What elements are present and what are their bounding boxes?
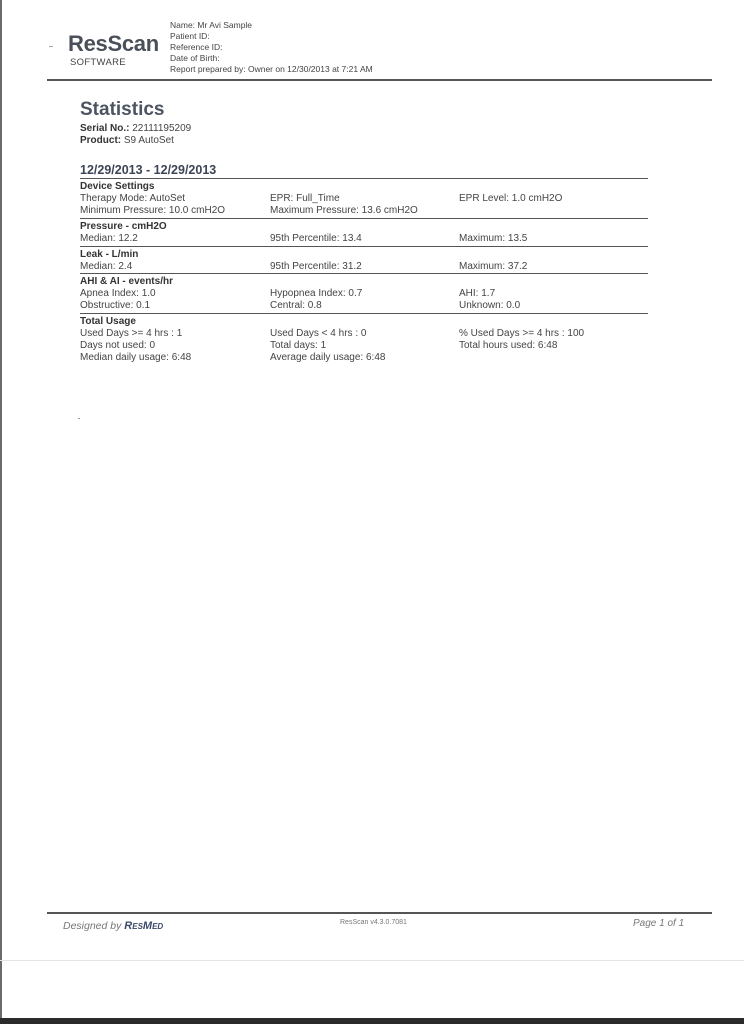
designed-by-label: Designed by bbox=[63, 920, 121, 932]
therapy-mode: Therapy Mode: AutoSet bbox=[80, 193, 270, 205]
days-not-used: Days not used: 0 bbox=[80, 340, 270, 352]
section-head: Leak - L/min bbox=[80, 249, 648, 261]
serial-value: 22111195209 bbox=[132, 123, 191, 134]
leak-max: Maximum: 37.2 bbox=[459, 261, 648, 273]
section-head: Pressure - cmH2O bbox=[80, 221, 648, 233]
serial-label: Serial No.: bbox=[80, 123, 129, 134]
patient-info: Name: Mr Avi Sample Patient ID: Referenc… bbox=[170, 20, 373, 75]
section-head: Device Settings bbox=[80, 181, 648, 193]
section-head: AHI & AI - events/hr bbox=[80, 276, 648, 288]
resmed-logo: ResMed bbox=[124, 920, 163, 932]
product-value: S9 AutoSet bbox=[124, 135, 174, 146]
max-pressure: Maximum Pressure: 13.6 cmH2O bbox=[270, 205, 459, 217]
used-days-lt-4: Used Days < 4 hrs : 0 bbox=[270, 328, 459, 340]
patient-id: Patient ID: bbox=[170, 31, 373, 42]
product-label: Product: bbox=[80, 135, 121, 146]
stat-row: Median daily usage: 6:48 Average daily u… bbox=[80, 352, 648, 364]
hypopnea-index: Hypopnea Index: 0.7 bbox=[270, 288, 459, 300]
leak-median: Median: 2.4 bbox=[80, 261, 270, 273]
ahi-value: AHI: 1.7 bbox=[459, 288, 648, 300]
min-pressure: Minimum Pressure: 10.0 cmH2O bbox=[80, 205, 270, 217]
section-divider bbox=[80, 273, 648, 274]
stat-row: Apnea Index: 1.0 Hypopnea Index: 0.7 AHI… bbox=[80, 288, 648, 300]
section-divider bbox=[80, 218, 648, 219]
section-device-settings: Device Settings Therapy Mode: AutoSet EP… bbox=[80, 181, 648, 217]
median-daily-usage: Median daily usage: 6:48 bbox=[80, 352, 270, 364]
stat-row: Used Days >= 4 hrs : 1 Used Days < 4 hrs… bbox=[80, 328, 648, 340]
total-days: Total days: 1 bbox=[270, 340, 459, 352]
date-range-divider bbox=[80, 178, 648, 179]
stat-row: Days not used: 0 Total days: 1 Total hou… bbox=[80, 340, 648, 352]
central: Central: 0.8 bbox=[270, 300, 459, 312]
section-leak: Leak - L/min Median: 2.4 95th Percentile… bbox=[80, 249, 648, 273]
scan-artifact-line bbox=[0, 960, 744, 961]
leak-95th: 95th Percentile: 31.2 bbox=[270, 261, 459, 273]
header-divider bbox=[47, 79, 712, 81]
section-ahi: AHI & AI - events/hr Apnea Index: 1.0 Hy… bbox=[80, 276, 648, 312]
epr-level: EPR Level: 1.0 cmH2O bbox=[459, 193, 648, 205]
scan-edge-left bbox=[0, 0, 2, 1018]
scan-mark bbox=[49, 46, 53, 47]
date-of-birth: Date of Birth: bbox=[170, 53, 373, 64]
footer-divider bbox=[47, 912, 712, 914]
software-version: ResScan v4.3.0.7081 bbox=[340, 919, 407, 926]
epr: EPR: Full_Time bbox=[270, 193, 459, 205]
pct-used-days: % Used Days >= 4 hrs : 100 bbox=[459, 328, 648, 340]
scan-speck bbox=[78, 418, 80, 419]
reference-id: Reference ID: bbox=[170, 42, 373, 53]
average-daily-usage: Average daily usage: 6:48 bbox=[270, 352, 459, 364]
stat-row: Therapy Mode: AutoSet EPR: Full_Time EPR… bbox=[80, 193, 648, 205]
page-number: Page 1 of 1 bbox=[633, 918, 684, 929]
report-prepared: Report prepared by: Owner on 12/30/2013 … bbox=[170, 64, 373, 75]
total-hours: Total hours used: 6:48 bbox=[459, 340, 648, 352]
date-range: 12/29/2013 - 12/29/2013 bbox=[80, 163, 216, 177]
obstructive: Obstructive: 0.1 bbox=[80, 300, 270, 312]
device-meta: Serial No.: 22111195209 Product: S9 Auto… bbox=[80, 123, 191, 147]
resscan-logo: ResScan SOFTWARE bbox=[68, 32, 159, 68]
logo-sub: SOFTWARE bbox=[70, 57, 159, 68]
pressure-median: Median: 12.2 bbox=[80, 233, 270, 245]
stat-row: Median: 2.4 95th Percentile: 31.2 Maximu… bbox=[80, 261, 648, 273]
section-head: Total Usage bbox=[80, 316, 648, 328]
logo-main: ResScan bbox=[68, 32, 159, 56]
pressure-max: Maximum: 13.5 bbox=[459, 233, 648, 245]
apnea-index: Apnea Index: 1.0 bbox=[80, 288, 270, 300]
stat-row: Median: 12.2 95th Percentile: 13.4 Maxim… bbox=[80, 233, 648, 245]
patient-name: Name: Mr Avi Sample bbox=[170, 20, 373, 31]
empty-cell bbox=[459, 352, 648, 364]
section-divider bbox=[80, 313, 648, 314]
unknown: Unknown: 0.0 bbox=[459, 300, 648, 312]
section-divider bbox=[80, 246, 648, 247]
designed-by: Designed by ResMed bbox=[63, 920, 163, 932]
empty-cell bbox=[459, 205, 648, 217]
section-pressure: Pressure - cmH2O Median: 12.2 95th Perce… bbox=[80, 221, 648, 245]
pressure-95th: 95th Percentile: 13.4 bbox=[270, 233, 459, 245]
scan-edge-bottom bbox=[0, 1018, 744, 1024]
page-title: Statistics bbox=[80, 99, 164, 121]
used-days-ge-4: Used Days >= 4 hrs : 1 bbox=[80, 328, 270, 340]
stat-row: Obstructive: 0.1 Central: 0.8 Unknown: 0… bbox=[80, 300, 648, 312]
stat-row: Minimum Pressure: 10.0 cmH2O Maximum Pre… bbox=[80, 205, 648, 217]
section-total-usage: Total Usage Used Days >= 4 hrs : 1 Used … bbox=[80, 316, 648, 364]
